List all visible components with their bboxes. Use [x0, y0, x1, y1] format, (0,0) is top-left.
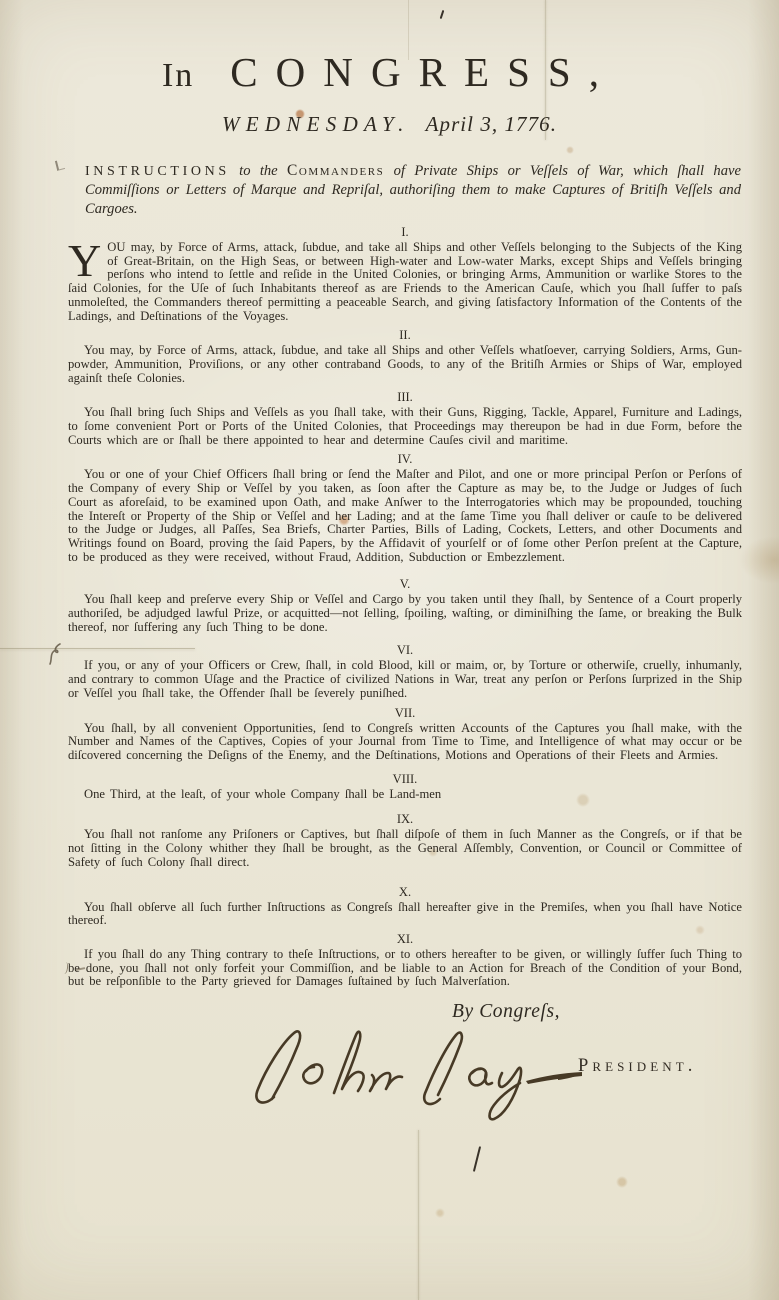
preamble-connector: to the [239, 163, 278, 179]
session-weekday: WEDNESDAY. [222, 112, 410, 136]
article-section: VII. You ſhall, by all convenient Opport… [68, 706, 742, 763]
section-body-text: You ſhall not ranſome any Priſoners or C… [68, 827, 742, 868]
section-text: One Third, at the leaſt, of your whole C… [68, 788, 742, 802]
article-section: VI. If you, or any of your Officers or C… [68, 643, 742, 700]
section-numeral: V. [68, 577, 742, 592]
bottom-ink-stroke [473, 1146, 481, 1172]
section-numeral: X. [68, 885, 742, 900]
instructions-preamble: INSTRUCTIONS to the Commanders of Privat… [85, 161, 741, 219]
section-text: You ſhall keep and preſerve every Ship o… [68, 593, 742, 634]
section-numeral: III. [68, 390, 742, 405]
president-label: President. [578, 1056, 696, 1077]
section-text: You or one of your Chief Officers ſhall … [68, 468, 742, 564]
document-title-line: InCONGRESS, [0, 0, 779, 96]
congress-title: CONGRESS, [230, 49, 617, 95]
section-numeral: VII. [68, 706, 742, 721]
section-text: You ſhall bring ſuch Ships and Veſſels a… [68, 406, 742, 447]
section-body-text: OU may, by Force of Arms, attack, ſubdue… [68, 240, 742, 323]
section-numeral: II. [68, 328, 742, 343]
section-text: You ſhall, by all convenient Opportuniti… [68, 722, 742, 763]
section-body-text: If you, or any of your Officers or Crew,… [68, 658, 742, 699]
signature-block: President. [0, 1023, 779, 1138]
section-numeral: IV. [68, 452, 742, 467]
dropcap-initial: Y [68, 241, 107, 279]
section-body-text: You may, by Force of Arms, attack, ſubdu… [68, 343, 742, 384]
section-numeral: I. [68, 225, 742, 240]
preamble-commanders: Commanders [287, 162, 384, 179]
article-section: III. You ſhall bring ſuch Ships and Veſſ… [68, 390, 742, 447]
articles-list: I. YOU may, by Force of Arms, attack, ſu… [0, 225, 779, 989]
section-numeral: IX. [68, 812, 742, 827]
section-body-text: You ſhall keep and preſerve every Ship o… [68, 592, 742, 633]
section-numeral: VIII. [68, 772, 742, 787]
by-congress-line: By Congreſs, [452, 1001, 779, 1023]
document-page: { "colors": { "paper": "#ebe7d8", "ink":… [0, 0, 779, 1300]
article-section: IV. You or one of your Chief Officers ſh… [68, 452, 742, 564]
section-text: You ſhall obſerve all ſuch further Inſtr… [68, 901, 742, 928]
article-section: VIII. One Third, at the leaſt, of your w… [68, 772, 742, 802]
margin-ink-mark [55, 159, 65, 171]
vertical-fold-crease-bottom [418, 1130, 419, 1300]
preamble-keyword: INSTRUCTIONS [85, 164, 230, 179]
section-text: YOU may, by Force of Arms, attack, ſubdu… [68, 241, 742, 323]
article-section: I. YOU may, by Force of Arms, attack, ſu… [68, 225, 742, 323]
article-section: X. You ſhall obſerve all ſuch further In… [68, 885, 742, 928]
section-numeral: VI. [68, 643, 742, 658]
section-body-text: You ſhall bring ſuch Ships and Veſſels a… [68, 405, 742, 446]
section-body-text: You ſhall obſerve all ſuch further Inſtr… [68, 900, 742, 928]
title-prefix: In [162, 57, 194, 94]
session-date-line: WEDNESDAY. April 3, 1776. [0, 112, 779, 137]
section-body-text: If you ſhall do any Thing contrary to th… [68, 947, 742, 988]
section-body-text: You ſhall, by all convenient Opportuniti… [68, 721, 742, 762]
section-text: If you ſhall do any Thing contrary to th… [68, 948, 742, 989]
section-text: You ſhall not ranſome any Priſoners or C… [68, 828, 742, 869]
article-section: XI. If you ſhall do any Thing contrary t… [68, 932, 742, 989]
section-body-text: One Third, at the leaſt, of your whole C… [84, 787, 441, 801]
section-text: You may, by Force of Arms, attack, ſubdu… [68, 344, 742, 385]
section-numeral: XI. [68, 932, 742, 947]
section-body-text: You or one of your Chief Officers ſhall … [68, 467, 742, 563]
article-section: II. You may, by Force of Arms, attack, ſ… [68, 328, 742, 385]
john-jay-signature-icon [244, 1023, 584, 1123]
section-text: If you, or any of your Officers or Crew,… [68, 659, 742, 700]
session-date: April 3, 1776. [426, 112, 557, 136]
article-section: IX. You ſhall not ranſome any Priſoners … [68, 812, 742, 869]
article-section: V. You ſhall keep and preſerve every Shi… [68, 577, 742, 634]
